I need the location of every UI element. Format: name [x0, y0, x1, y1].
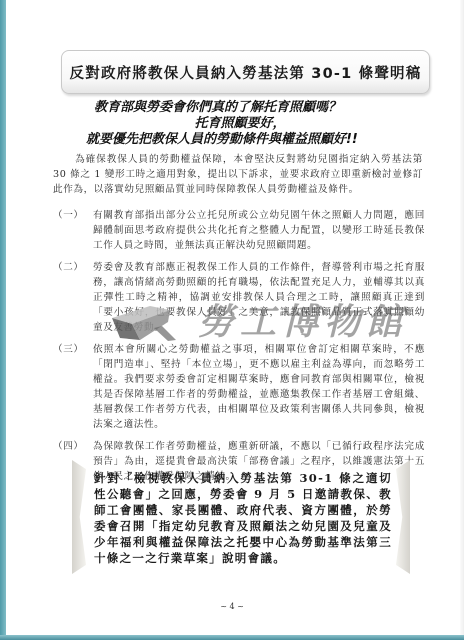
document-title: 反對政府將教保人員納入勞基法第 30-1 條聲明稿	[70, 62, 422, 83]
title-box: 反對政府將教保人員納入勞基法第 30-1 條聲明稿	[61, 50, 430, 94]
list-item: （一） 有關教育部指出部分公立托兒所或公立幼兒園午休之照顧人力問題，應回歸體制面…	[53, 208, 425, 253]
item-text: 依照本會所關心之勞動權益之事項，相關單位會訂定相關草案時，不應「閉門造車」、堅持…	[93, 342, 425, 432]
item-text: 有關教育部指出部分公立托兒所或公立幼兒園午休之照顧人力問題，應回歸體制面思考政府…	[93, 208, 425, 253]
scan-edge-right	[460, 0, 464, 640]
bracket-left-decoration	[72, 460, 86, 574]
slogan-line-2: 托育照顧要好，	[80, 116, 400, 132]
slogan: 教育部與勞委會你們真的了解托育照顧嗎？ 托育照顧要好， 就要優先把教保人員的勞動…	[80, 100, 400, 148]
intro-paragraph: 為確保教保人員的勞動權益保障，本會堅決反對將幼兒園指定納入勞基法第 30 條之 …	[53, 152, 423, 197]
demands-list: （一） 有關教育部指出部分公立托兒所或公立幼兒園午休之照顧人力問題，應回歸體制面…	[53, 208, 425, 491]
list-item: （二） 勞委會及教育部應正視教保工作人員的工作條件，督導營利市場之托育服務，讓高…	[53, 260, 425, 335]
slogan-line-3: 就要優先把教保人員的勞動條件與權益照顧好!!	[80, 132, 400, 148]
callout-box: 針對「檢視教保人員納入勞基法第 30-1 條之適切性公聽會」之回應，勞委會 9 …	[72, 460, 410, 574]
callout-text: 針對「檢視教保人員納入勞基法第 30-1 條之適切性公聽會」之回應，勞委會 9 …	[94, 470, 392, 566]
item-number: （一）	[53, 208, 93, 253]
slogan-line-1: 教育部與勞委會你們真的了解托育照顧嗎？	[80, 100, 400, 116]
page-number: ~ 4 ~	[0, 602, 464, 611]
item-number: （三）	[53, 342, 93, 432]
scan-edge-bottom	[0, 635, 464, 640]
bracket-right-decoration	[396, 460, 410, 574]
scan-edge-left	[0, 0, 6, 640]
item-number: （二）	[53, 260, 93, 335]
item-text: 勞委會及教育部應正視教保工作人員的工作條件，督導營利市場之托育服務，讓高情緒高勞…	[93, 260, 425, 335]
list-item: （三） 依照本會所關心之勞動權益之事項，相關單位會訂定相關草案時，不應「閉門造車…	[53, 342, 425, 432]
